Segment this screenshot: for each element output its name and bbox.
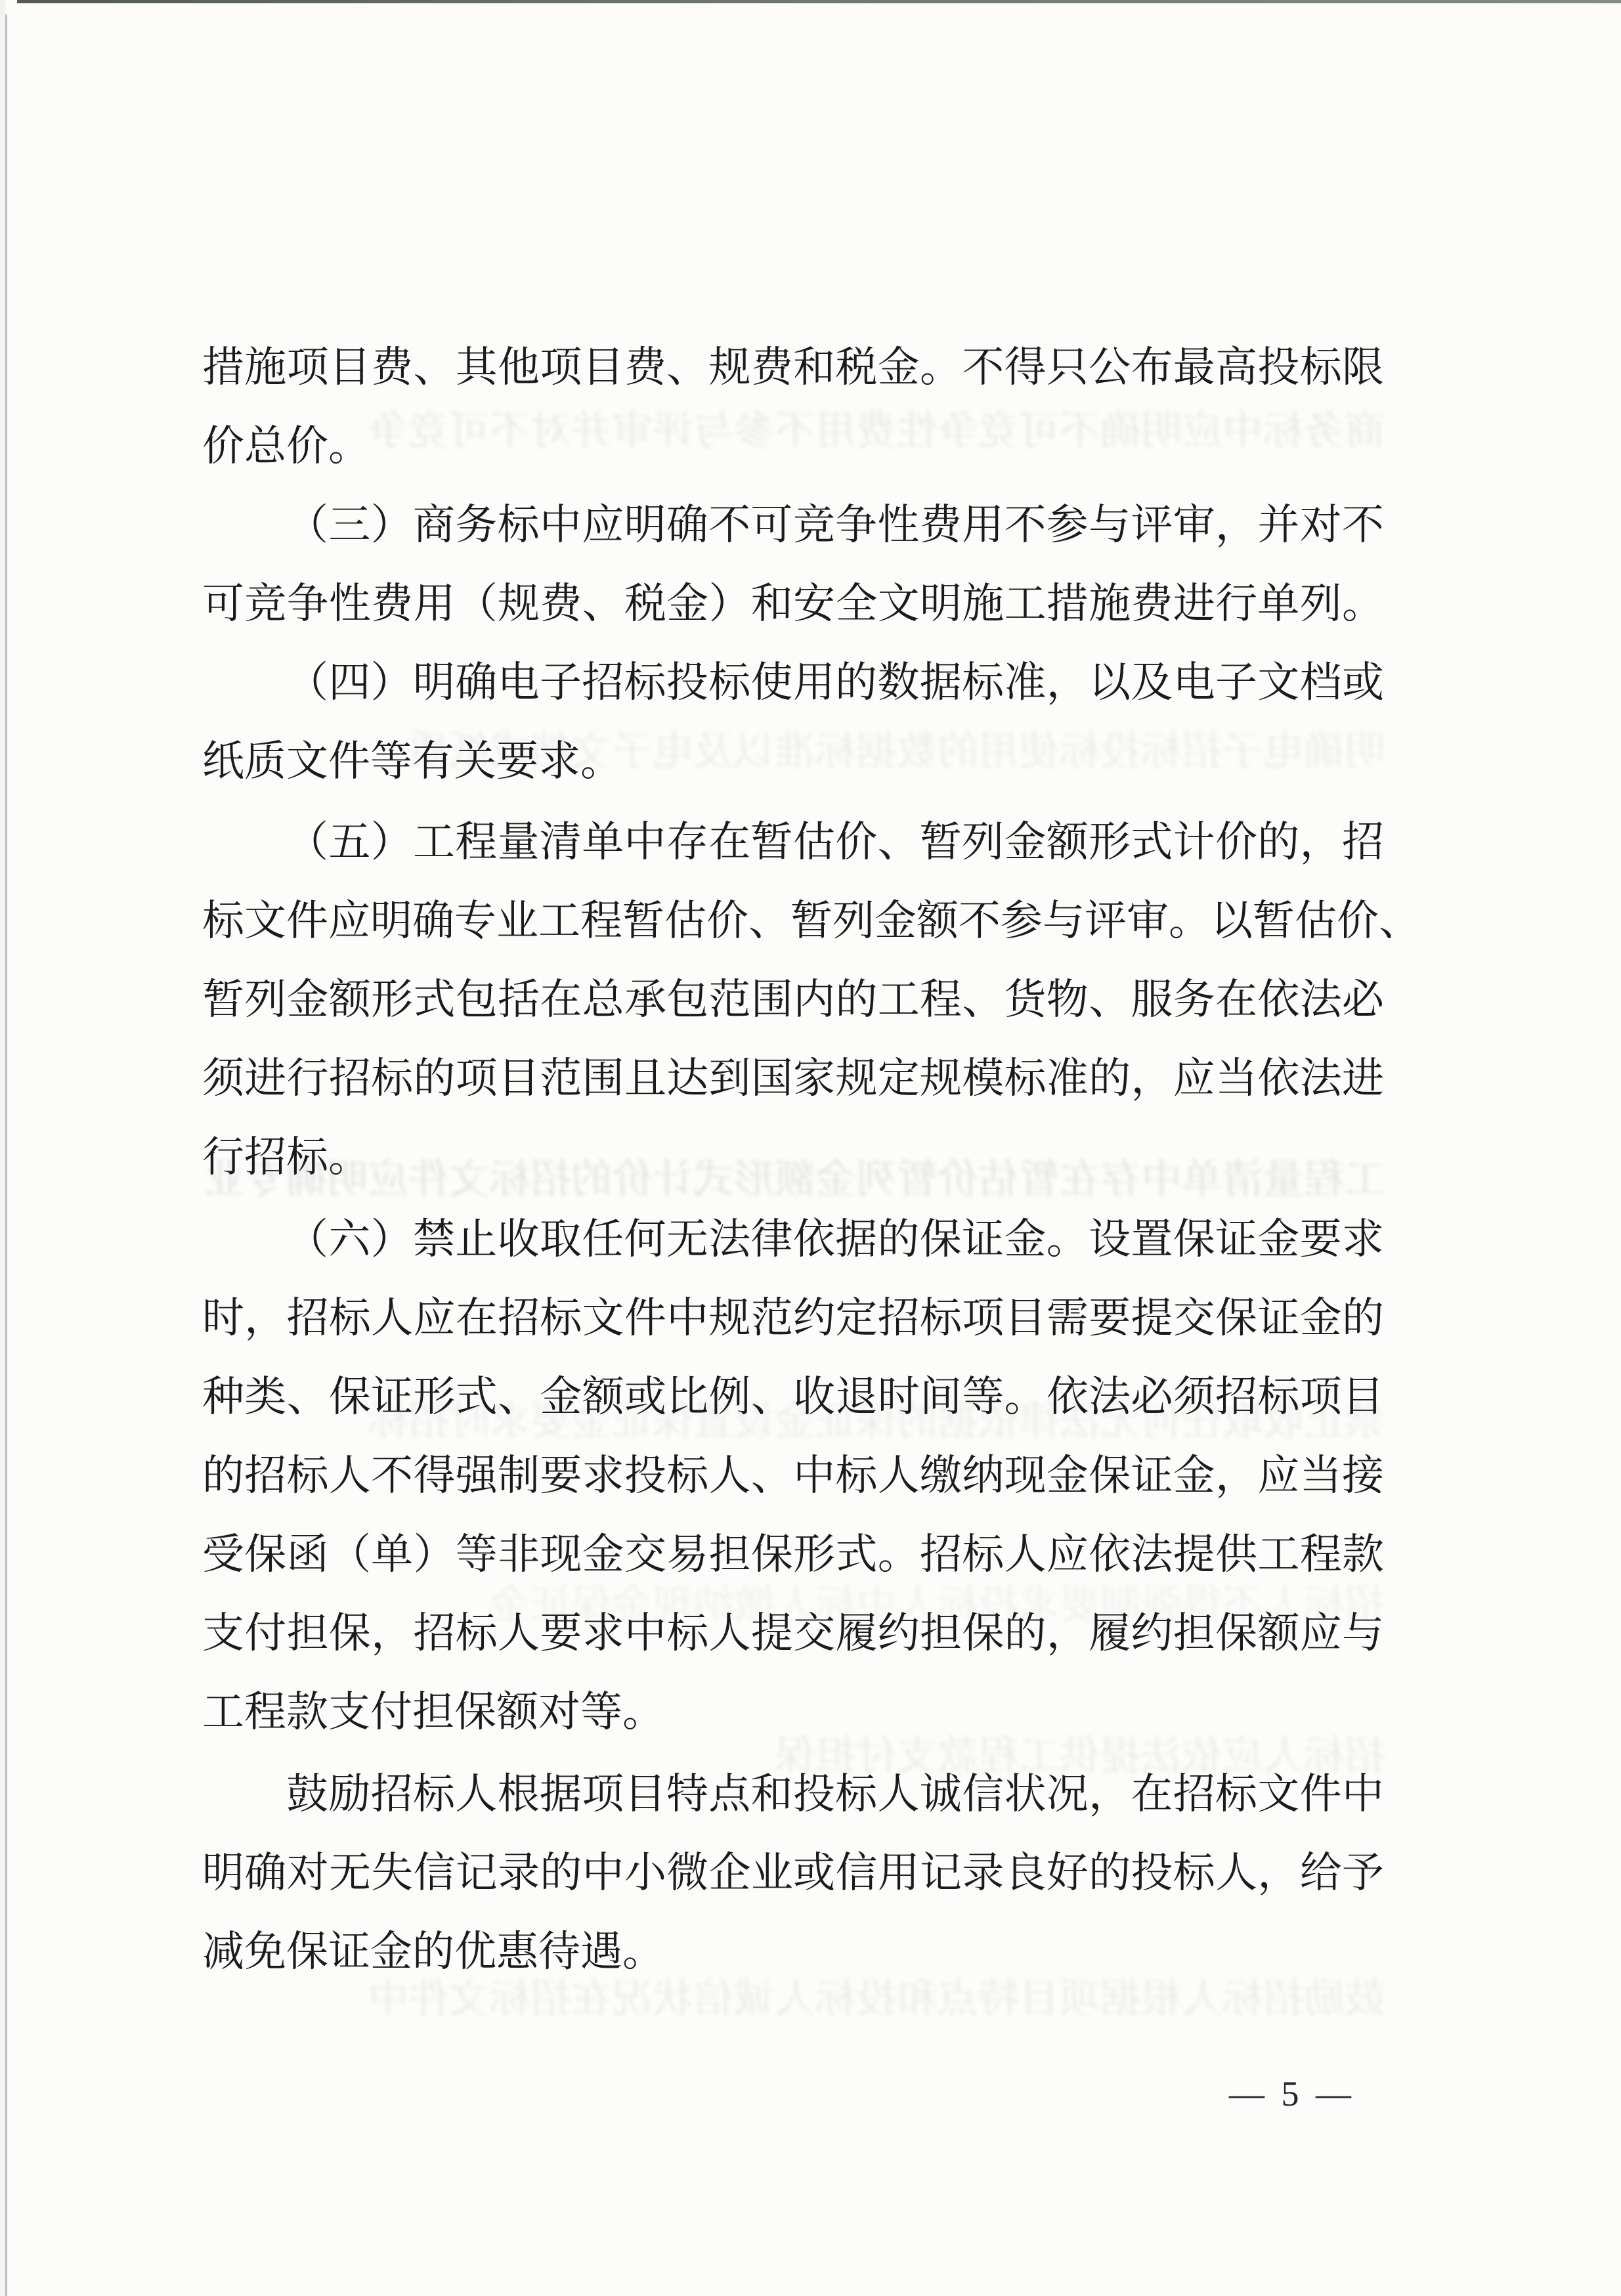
document-text-line: 行招标。 (202, 1118, 1384, 1197)
document-text-line: （六）禁止收取任何无法律依据的保证金。设置保证金要求 (202, 1200, 1384, 1279)
document-text-line: 时，招标人应在招标文件中规范约定招标项目需要提交保证金的 (202, 1279, 1384, 1358)
document-text-line: （五）工程量清单中存在暂估价、暂列金额形式计价的，招 (202, 803, 1384, 882)
document-text-line: 明确对无失信记录的中小微企业或信用记录良好的投标人，给予 (202, 1834, 1384, 1913)
scan-edge-left-band (0, 0, 5, 2296)
document-text-line: 工程款支付担保额对等。 (202, 1673, 1384, 1752)
document-text-line: 受保函（单）等非现金交易担保形式。招标人应依法提供工程款 (202, 1515, 1384, 1594)
document-text-line: 的招标人不得强制要求投标人、中标人缴纳现金保证金，应当接 (202, 1437, 1384, 1515)
document-text-line: 纸质文件等有关要求。 (202, 722, 1384, 801)
document-text-line: 措施项目费、其他项目费、规费和税金。不得只公布最高投标限 (202, 328, 1384, 407)
scan-edge-left-line (5, 14, 7, 2296)
page-number: — 5 — (1229, 2073, 1355, 2114)
document-text-line: 可竞争性费用（规费、税金）和安全文明施工措施费进行单列。 (202, 565, 1384, 643)
document-text-line: （四）明确电子招标投标使用的数据标准，以及电子文档或 (202, 643, 1384, 722)
document-text-line: 种类、保证形式、金额或比例、收退时间等。依法必须招标项目 (202, 1358, 1384, 1437)
document-page: 商务标中应明确不可竞争性费用不参与评审并对不可竞争 明确电子招标投标使用的数据标… (0, 0, 1621, 2296)
document-text-line: 价总价。 (202, 407, 1384, 486)
document-text-line: 标文件应明确专业工程暂估价、暂列金额不参与评审。以暂估价、 (202, 882, 1384, 961)
document-text-line: （三）商务标中应明确不可竞争性费用不参与评审，并对不 (202, 486, 1384, 565)
document-body: 措施项目费、其他项目费、规费和税金。不得只公布最高投标限 价总价。 （三）商务标… (202, 328, 1384, 1991)
document-text-line: 须进行招标的项目范围且达到国家规定规模标准的，应当依法进 (202, 1039, 1384, 1118)
document-text-line: 暂列金额形式包括在总承包范围内的工程、货物、服务在依法必 (202, 961, 1384, 1039)
document-text-line: 鼓励招标人根据项目特点和投标人诚信状况，在招标文件中 (202, 1755, 1384, 1834)
document-text-line: 支付担保，招标人要求中标人提交履约担保的，履约担保额应与 (202, 1594, 1384, 1673)
document-text-line: 减免保证金的优惠待遇。 (202, 1913, 1384, 1991)
scan-edge-top (17, 0, 1621, 3)
